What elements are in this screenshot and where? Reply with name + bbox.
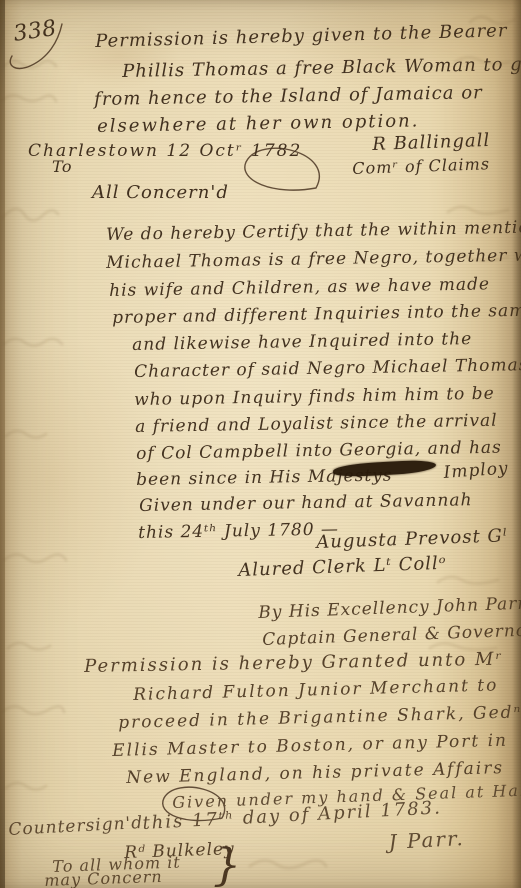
manuscript-page: 338 Permission is hereby given to the Be… (0, 0, 521, 888)
vignette-overlay (0, 0, 521, 888)
